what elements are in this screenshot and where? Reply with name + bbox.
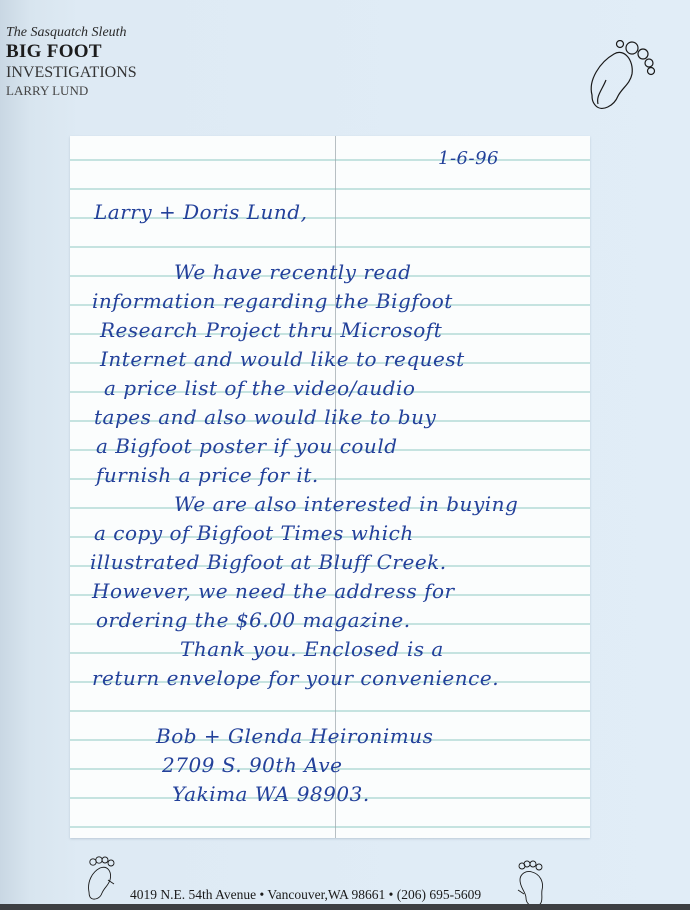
letter-salutation: Larry + Doris Lund, xyxy=(94,200,307,224)
letter-line: Research Project thru Microsoft xyxy=(100,318,442,342)
sender-address-line2: Yakima WA 98903. xyxy=(172,782,370,806)
letter-line: furnish a price for it. xyxy=(96,463,319,487)
letterhead-brand: BIG FOOT xyxy=(6,41,137,63)
letter-line: We have recently read xyxy=(174,260,411,284)
bottom-bar xyxy=(0,904,690,910)
letterhead-name: LARRY LUND xyxy=(6,83,137,98)
letter-line: information regarding the Bigfoot xyxy=(92,289,453,313)
letter-line: a copy of Bigfoot Times which xyxy=(94,521,414,545)
footprint-icon xyxy=(582,40,662,120)
letter-line: illustrated Bigfoot at Bluff Creek. xyxy=(90,550,447,574)
letter-line: We are also interested in buying xyxy=(174,492,518,516)
letterhead: The Sasquatch Sleuth BIG FOOT INVESTIGAT… xyxy=(6,24,137,98)
letter-signature: Bob + Glenda Heironimus xyxy=(156,724,433,748)
letter-date: 1-6-96 xyxy=(438,148,499,169)
letter-line: a Bigfoot poster if you could xyxy=(96,434,398,458)
footprint-icon xyxy=(84,856,118,902)
letter-line: return envelope for your convenience. xyxy=(92,666,499,690)
footprint-icon xyxy=(514,860,550,908)
letterhead-subtitle: INVESTIGATIONS xyxy=(6,63,137,83)
letter-line: a price list of the video/audio xyxy=(104,376,415,400)
letter-line: tapes and also would like to buy xyxy=(94,405,436,429)
letterhead-tagline: The Sasquatch Sleuth xyxy=(6,24,137,41)
letter-line: Thank you. Enclosed is a xyxy=(180,637,444,661)
letter-line: However, we need the address for xyxy=(92,579,455,603)
footer-address: 4019 N.E. 54th Avenue • Vancouver,WA 986… xyxy=(130,887,481,903)
sender-address-line1: 2709 S. 90th Ave xyxy=(162,753,342,777)
letter-line: Internet and would like to request xyxy=(100,347,465,371)
letter-line: ordering the $6.00 magazine. xyxy=(96,608,411,632)
letter-paper: 1-6-96 Larry + Doris Lund, We have recen… xyxy=(70,136,590,838)
